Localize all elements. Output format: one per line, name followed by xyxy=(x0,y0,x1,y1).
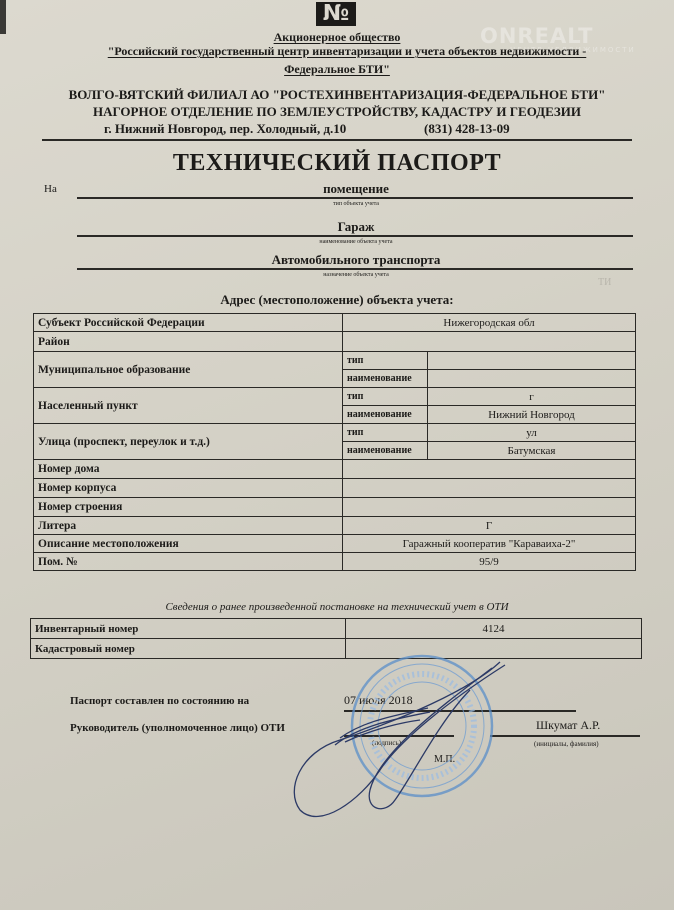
stamp-and-signature xyxy=(0,0,674,910)
signature-icon xyxy=(294,662,505,816)
